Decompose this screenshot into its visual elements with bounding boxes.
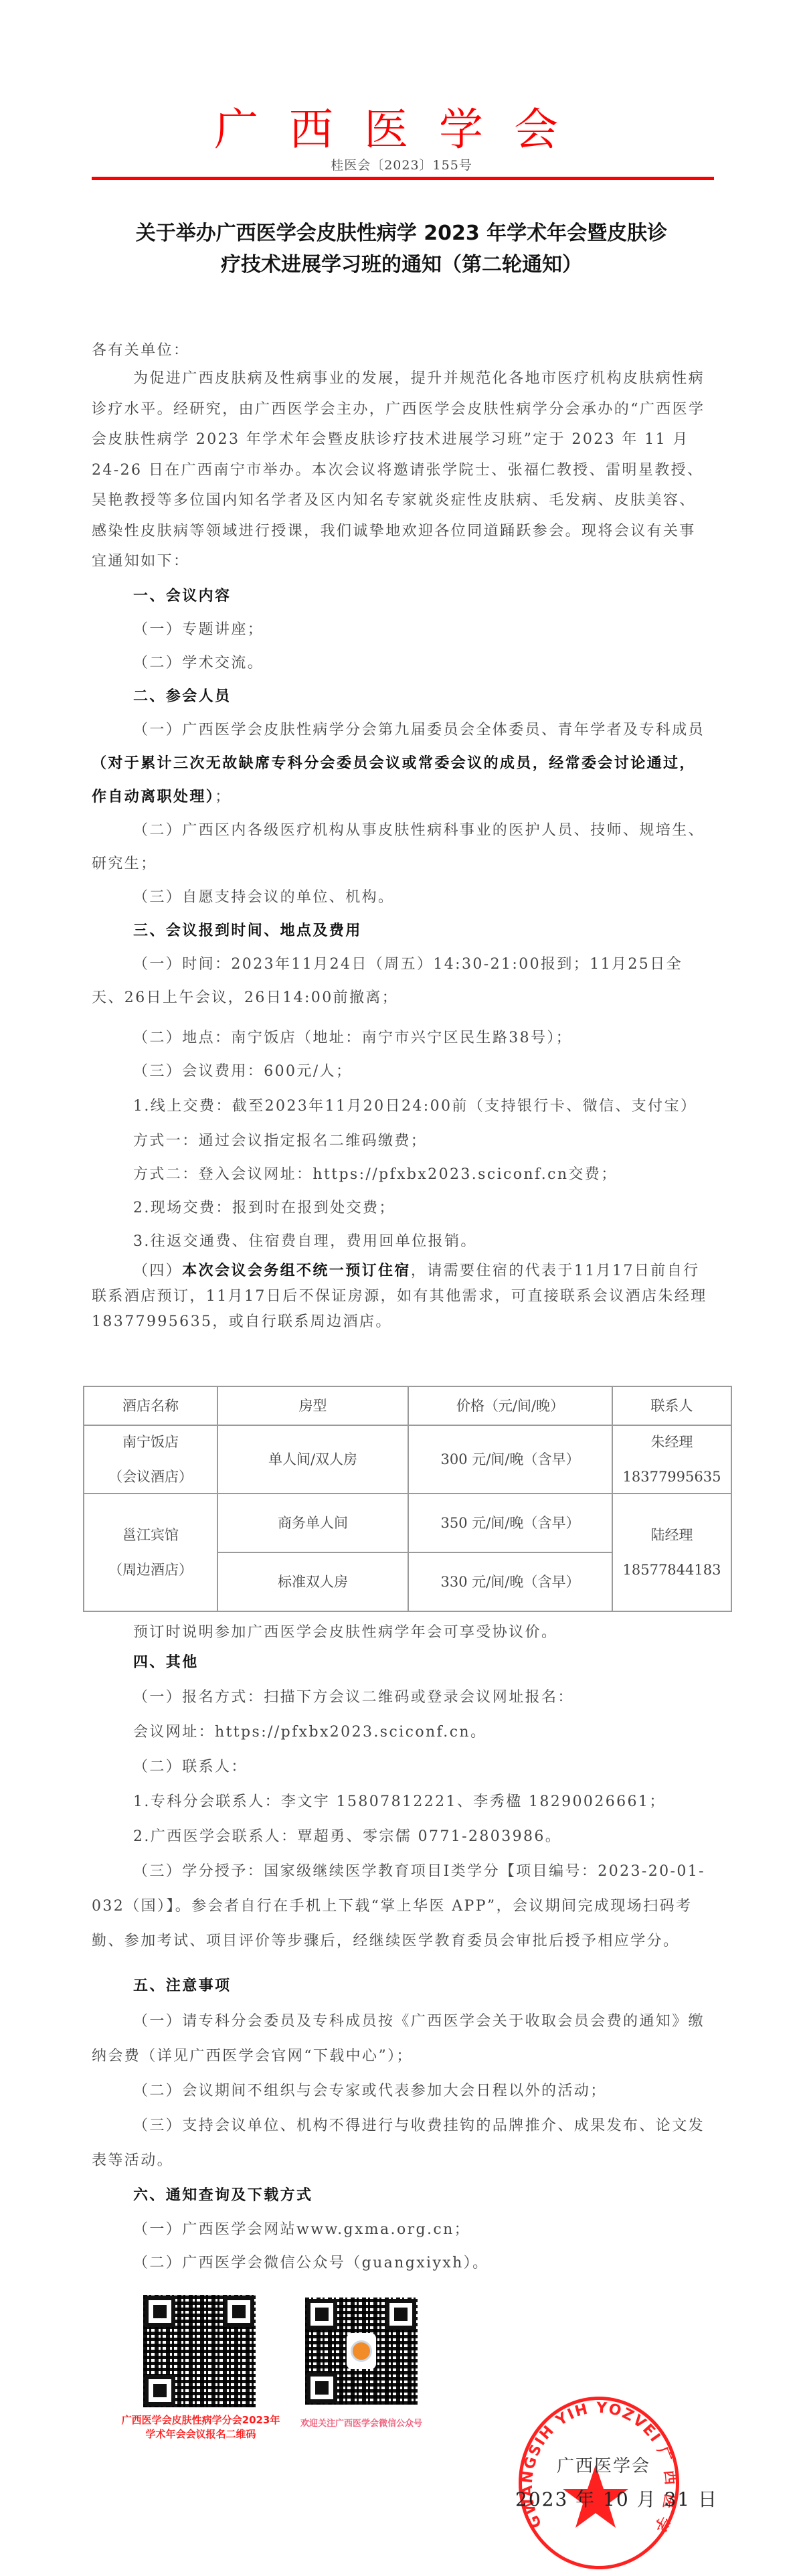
wechat-qr-caption: 欢迎关注广西医学会微信公众号 [294,2417,428,2431]
salutation: 各有关单位： [92,338,711,364]
registration-qr-caption: 广西医学会皮肤性病学分会2023年 学术年会会议报名二维码 [120,2413,281,2441]
section-3-online-payment: 1.线上交费：截至2023年11月20日24:00前（支持银行卡、微信、支付宝） [92,1089,711,1125]
qr-finder [306,2372,337,2403]
section-1-heading: 一、会议内容 [92,580,711,613]
section-3-place: （二）地点：南宁饭店（地址：南宁市兴宁区民生路38号）； [92,1022,711,1055]
registration-qr-code[interactable] [143,2295,256,2407]
section-1-item-1: （一）专题讲座； [92,613,711,647]
section-4-registration: （一）报名方式：扫描下方会议二维码或登录会议网址报名： [92,1680,711,1715]
payment-method-1: 方式一：通过会议指定报名二维码缴费； [92,1125,711,1158]
section-2-heading: 二、参会人员 [92,680,711,714]
signature-date: 2023 年 10 月 31 日 [515,2485,718,2512]
section-4-url[interactable]: 会议网址：https://pfxbx2023.sciconf.cn。 [92,1715,711,1750]
price-cell: 350 元/间/晚（含早） [408,1494,612,1552]
room-type-cell: 商务单人间 [217,1494,408,1552]
qr-finder [224,2296,254,2327]
section-5-heading: 五、注意事项 [92,1968,711,2004]
table-row: 南宁饭店（会议酒店） 单人间/双人房 300 元/间/晚（含早） 朱经理1837… [84,1425,731,1494]
section-2-item-1: （一）广西医学会皮肤性病学分会第九届委员会全体委员、青年学者及专科成员（对于累计… [92,714,711,814]
intro-paragraph: 为促进广西皮肤病及性病事业的发展，提升并规范化各地市医疗机构皮肤病性病诊疗水平。… [92,364,711,577]
payment-method-2: 方式二：登入会议网址：https://pfxbx2023.sciconf.cn交… [92,1158,711,1192]
qr-finder [145,2375,175,2406]
section-5-item-3: （三）支持会议单位、机构不得进行与收费挂钩的品牌推介、成果发布、论文发表等活动。 [92,2109,711,2178]
section-2-item-1-bold-note: （对于累计三次无故缺席专科分会委员会议或常委会议的成员，经常委会讨论通过，作自动… [92,755,696,805]
seal-ring-text: GWANGSIH YIH YOZVEI 广 西 医 学 会 [519,2397,679,2569]
hotel-name-cell: 南宁饭店（会议酒店） [84,1425,217,1494]
title-line-2: 疗技术进展学习班的通知（第二轮通知） [87,249,716,280]
section-5-item-1: （一）请专科分会委员及专科成员按《广西医学会关于收取会员会费的通知》缴纳会费（详… [92,2004,711,2074]
section-3-fee: （三）会议费用：600元/人； [92,1055,711,1089]
section-6-heading: 六、通知查询及下载方式 [92,2178,711,2213]
title-line-1: 关于举办广西医学会皮肤性病学 2023 年学术年会暨皮肤诊 [87,218,716,249]
price-cell: 300 元/间/晚（含早） [408,1425,612,1494]
room-type-cell: 单人间/双人房 [217,1425,408,1494]
table-row: 邕江宾馆（周边酒店） 商务单人间 350 元/间/晚（含早） 陆经理185778… [84,1494,731,1552]
section-3-lodging: （四）本次会议会务组不统一预订住宿，请需要住宿的代表于11月17日前自行联系酒店… [92,1259,711,1335]
section-4-contact-2: 2.广西医学会联系人：覃超勇、零宗儒 0771-2803986。 [92,1820,711,1854]
section-4-heading: 四、其他 [92,1645,711,1680]
notice-body-part2: 预订时说明参加广西医学会皮肤性病学年会可享受协议价。 四、其他 （一）报名方式：… [92,1620,711,2280]
section-5-item-2: （二）会议期间不组织与会专家或代表参加大会日程以外的活动； [92,2074,711,2109]
section-4-credits: （三）学分授予：国家级继续医学教育项目Ⅰ类学分【项目编号：2023-20-01-… [92,1854,711,1959]
org-logo-icon [347,2333,376,2369]
section-2-item-1-text: （一）广西医学会皮肤性病学分会第九届委员会全体委员、青年学者及专科成员 [133,722,705,738]
room-type-cell: 标准双人房 [217,1552,408,1611]
qr-finder [306,2299,337,2330]
section-6-website[interactable]: （一）广西医学会网站www.gxma.org.cn； [92,2213,711,2247]
section-3-travel-expenses: 3.往返交通费、住宿费自理，费用回单位报销。 [92,1225,711,1259]
notice-document: 广西医学会 桂医会〔2023〕155号 关于举办广西医学会皮肤性病学 2023 … [0,0,803,2576]
table-note: 预订时说明参加广西医学会皮肤性病学年会可享受协议价。 [92,1620,711,1645]
contact-cell: 陆经理18577844183 [612,1494,731,1611]
qr-finder [145,2296,175,2327]
lodging-bold-note: 本次会议会务组不统一预订住宿 [182,1263,411,1279]
document-title: 关于举办广西医学会皮肤性病学 2023 年学术年会暨皮肤诊 疗技术进展学习班的通… [87,218,716,280]
section-3-heading: 三、会议报到时间、地点及费用 [92,914,711,948]
hotel-name-cell: 邕江宾馆（周边酒店） [84,1494,217,1611]
section-1-item-2: （二）学术交流。 [92,647,711,680]
section-4-contact-1: 1.专科分会联系人：李文宇 15807812221、李秀楹 1829002666… [92,1785,711,1820]
qr-finder [385,2299,416,2330]
header-price: 价格（元/间/晚） [408,1386,612,1425]
price-cell: 330 元/间/晚（含早） [408,1552,612,1611]
notice-body-part1: 各有关单位： 为促进广西皮肤病及性病事业的发展，提升并规范化各地市医疗机构皮肤病… [92,338,711,1335]
hotel-table-header: 酒店名称 房型 价格（元/间/晚） 联系人 [84,1386,731,1425]
header-hotel-name: 酒店名称 [84,1386,217,1425]
section-2-item-2: （二）广西区内各级医疗机构从事皮肤性病科事业的医护人员、技师、规培生、研究生； [92,814,711,881]
lodging-prefix: （四） [133,1263,182,1279]
letterhead-divider [92,177,714,180]
signature-org: 广西医学会 [557,2452,650,2477]
section-3-onsite-payment: 2.现场交费：报到时在报到处交费； [92,1192,711,1225]
contact-cell: 朱经理18377995635 [612,1425,731,1494]
header-room-type: 房型 [217,1386,408,1425]
wechat-qr-code[interactable] [305,2298,418,2405]
hotel-table: 酒店名称 房型 价格（元/间/晚） 联系人 南宁饭店（会议酒店） 单人间/双人房… [83,1386,732,1612]
section-2-item-1-end: ； [215,789,231,805]
section-2-item-3: （三）自愿支持会议的单位、机构。 [92,881,711,914]
org-letterhead: 广西医学会 [0,94,803,157]
section-6-wechat: （二）广西医学会微信公众号（guangxiyxh）。 [92,2247,711,2280]
section-3-time: （一）时间：2023年11月24日（周五）14:30-21:00报到；11月25… [92,948,711,1015]
document-number: 桂医会〔2023〕155号 [0,155,803,173]
header-contact: 联系人 [612,1386,731,1425]
section-4-contacts-heading: （二）联系人： [92,1750,711,1785]
